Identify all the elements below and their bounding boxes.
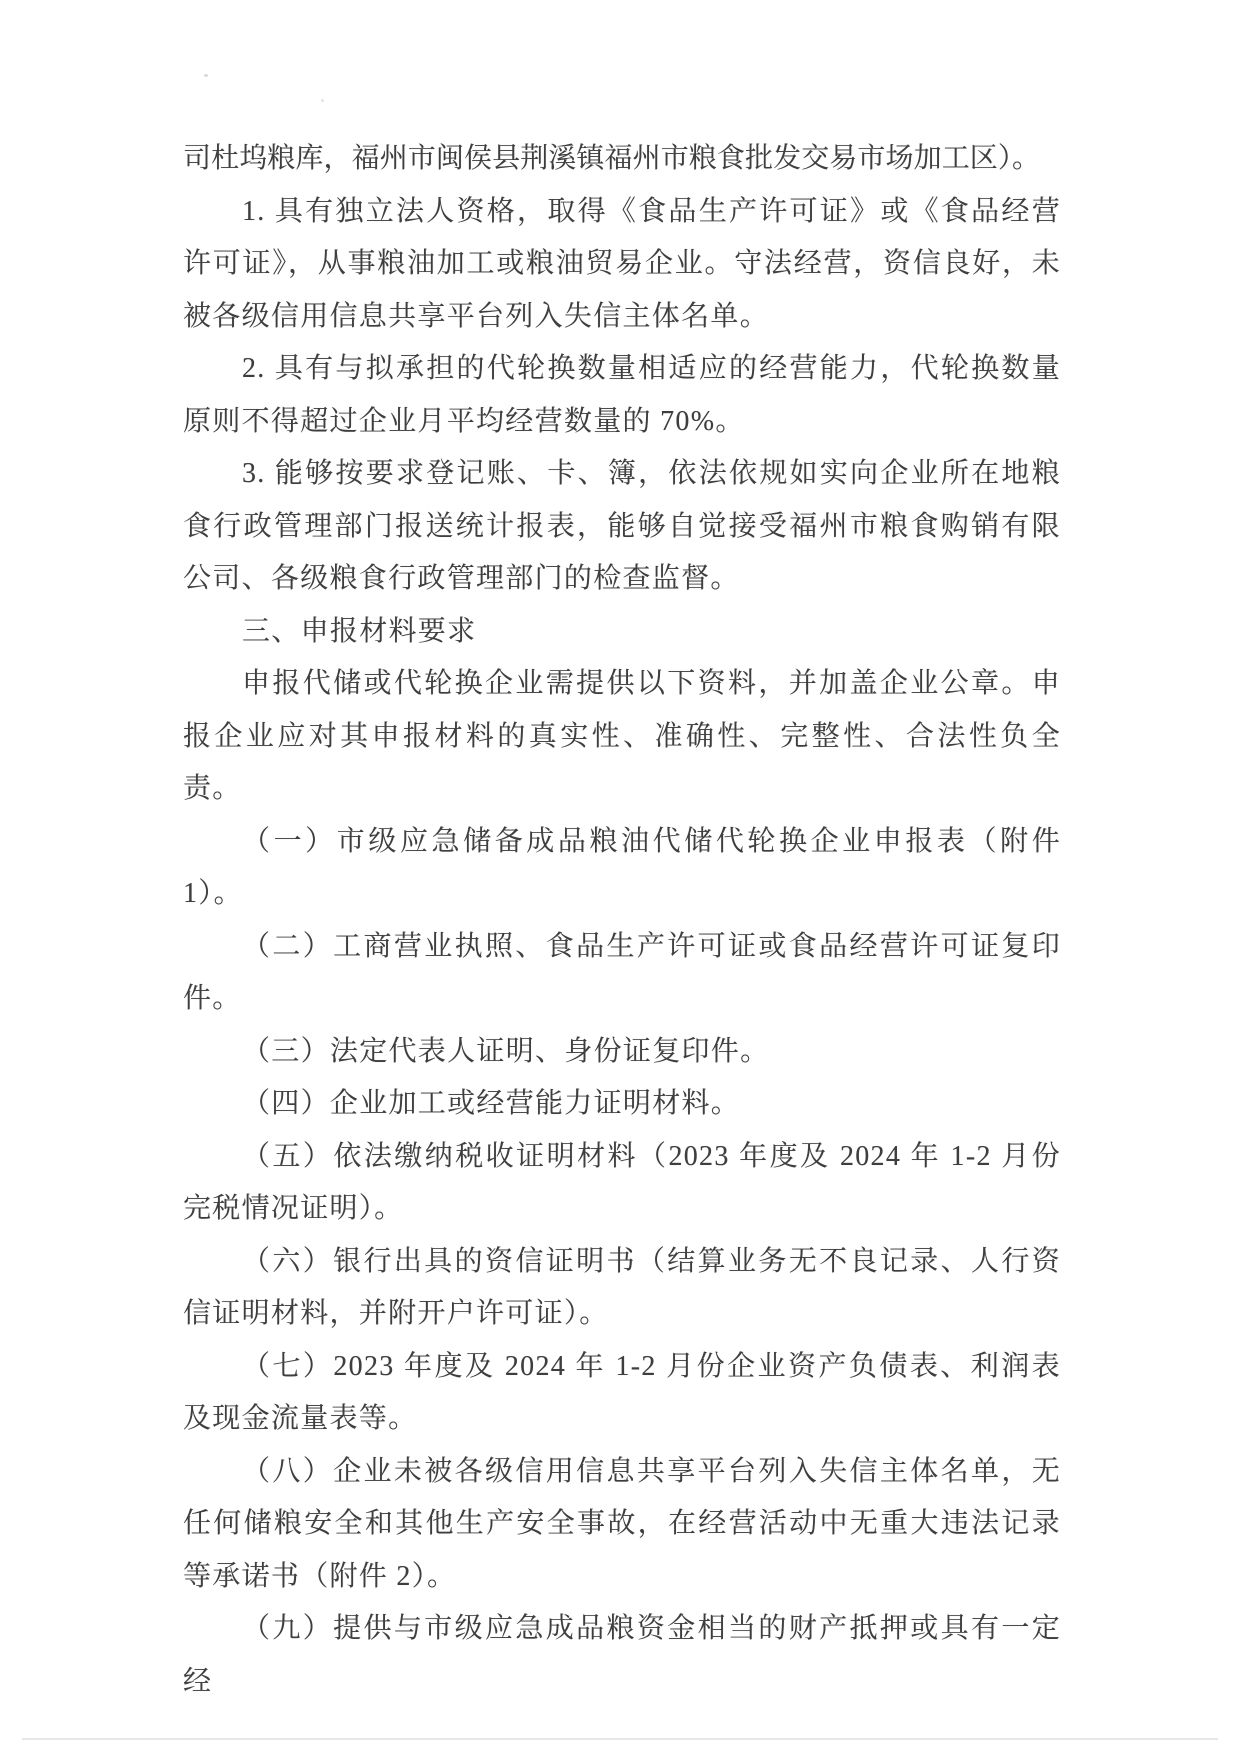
document-page: 司杜坞粮库，福州市闽侯县荆溪镇福州市粮食批发交易市场加工区）。 1. 具有独立法… bbox=[0, 0, 1241, 1755]
paragraph-material-item-5: （五）依法缴纳税收证明材料（2023 年度及 2024 年 1-2 月份完税情况… bbox=[183, 1131, 1061, 1236]
paragraph-material-item-1: （一）市级应急储备成品粮油代储代轮换企业申报表（附件 1）。 bbox=[183, 816, 1061, 921]
scan-speck bbox=[204, 74, 208, 77]
paragraph-material-item-7: （七）2023 年度及 2024 年 1-2 月份企业资产负债表、利润表及现金流… bbox=[183, 1341, 1061, 1446]
paragraph-condition-2: 2. 具有与拟承担的代轮换数量相适应的经营能力，代轮换数量原则不得超过企业月平均… bbox=[183, 343, 1061, 448]
document-body: 司杜坞粮库，福州市闽侯县荆溪镇福州市粮食批发交易市场加工区）。 1. 具有独立法… bbox=[183, 133, 1061, 1708]
paragraph-material-item-6: （六）银行出具的资信证明书（结算业务无不良记录、人行资信证明材料，并附开户许可证… bbox=[183, 1236, 1061, 1341]
paragraph-material-item-2: （二）工商营业执照、食品生产许可证或食品经营许可证复印件。 bbox=[183, 921, 1061, 1026]
scan-speck bbox=[321, 99, 324, 102]
paragraph-continuation-line: 司杜坞粮库，福州市闽侯县荆溪镇福州市粮食批发交易市场加工区）。 bbox=[183, 133, 1061, 186]
paragraph-condition-3: 3. 能够按要求登记账、卡、簿，依法依规如实向企业所在地粮食行政管理部门报送统计… bbox=[183, 448, 1061, 606]
paragraph-condition-1: 1. 具有独立法人资格，取得《食品生产许可证》或《食品经营许可证》，从事粮油加工… bbox=[183, 186, 1061, 344]
paragraph-materials-intro: 申报代储或代轮换企业需提供以下资料，并加盖企业公章。申报企业应对其申报材料的真实… bbox=[183, 658, 1061, 816]
paragraph-material-item-8: （八）企业未被各级信用信息共享平台列入失信主体名单，无任何储粮安全和其他生产安全… bbox=[183, 1446, 1061, 1604]
paragraph-material-item-4: （四）企业加工或经营能力证明材料。 bbox=[183, 1078, 1061, 1131]
paragraph-material-item-3: （三）法定代表人证明、身份证复印件。 bbox=[183, 1026, 1061, 1079]
section-heading-materials-requirements: 三、申报材料要求 bbox=[183, 606, 1061, 659]
paragraph-material-item-9: （九）提供与市级应急成品粮资金相当的财产抵押或具有一定经 bbox=[183, 1603, 1061, 1708]
scan-edge-line bbox=[22, 1738, 1218, 1740]
